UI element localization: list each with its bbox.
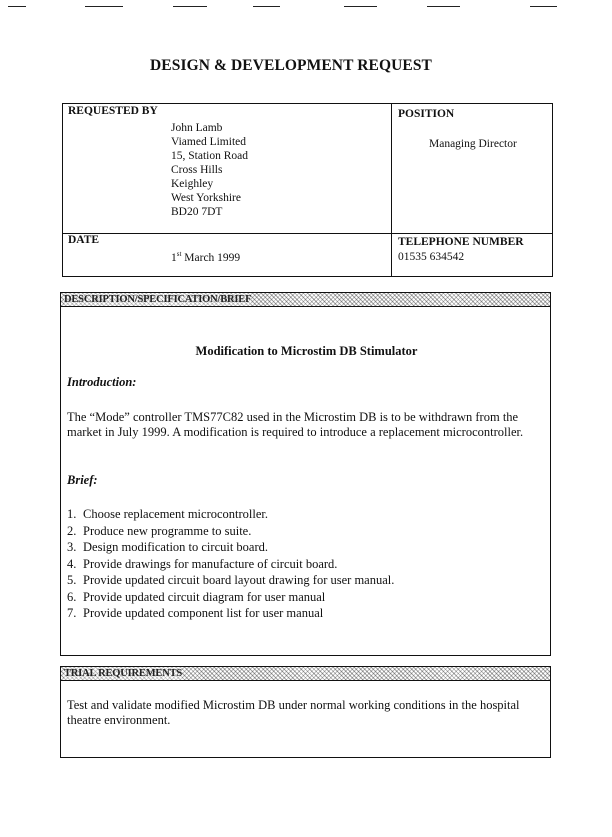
description-section: DESCRIPTION/SPECIFICATION/BRIEF Modifica…: [60, 292, 551, 656]
requester-name: John Lamb: [171, 121, 248, 135]
position-label: POSITION: [398, 108, 454, 120]
introduction-heading: Introduction:: [67, 375, 136, 390]
requester-address: John Lamb Viamed Limited 15, Station Roa…: [171, 121, 248, 219]
date-month-year: March 1999: [181, 252, 240, 264]
address-locality: Cross Hills: [171, 163, 248, 177]
document-title: DESIGN & DEVELOPMENT REQUEST: [0, 57, 582, 75]
introduction-text: The “Mode” controller TMS77C82 used in t…: [67, 410, 547, 440]
list-item: 5.Provide updated circuit board layout d…: [67, 572, 394, 589]
list-item: 4.Provide drawings for manufacture of ci…: [67, 556, 394, 573]
brief-heading: Brief:: [67, 473, 98, 488]
telephone-label: TELEPHONE NUMBER: [398, 236, 524, 248]
address-county: West Yorkshire: [171, 191, 248, 205]
brief-list: 1.Choose replacement microcontroller. 2.…: [67, 506, 394, 622]
address-postcode: BD20 7DT: [171, 205, 248, 219]
telephone-value: 01535 634542: [398, 250, 464, 264]
address-street: 15, Station Road: [171, 149, 248, 163]
trial-text: Test and validate modified Microstim DB …: [67, 698, 547, 728]
column-divider: [391, 104, 392, 276]
list-item: 7.Provide updated component list for use…: [67, 605, 394, 622]
date-label: DATE: [68, 234, 99, 246]
position-value: Managing Director: [429, 137, 517, 151]
address-town: Keighley: [171, 177, 248, 191]
request-subtitle: Modification to Microstim DB Stimulator: [61, 344, 552, 359]
list-item: 3.Design modification to circuit board.: [67, 539, 394, 556]
trial-header-bar: TRIAL REQUIREMENTS: [61, 667, 550, 681]
trial-header: TRIAL REQUIREMENTS: [64, 667, 182, 680]
requester-company: Viamed Limited: [171, 135, 248, 149]
row-divider: [63, 233, 552, 234]
list-item: 6.Provide updated circuit diagram for us…: [67, 589, 394, 606]
date-value: 1st March 1999: [171, 247, 240, 265]
scan-artifact-marks: [0, 6, 612, 10]
description-header-bar: DESCRIPTION/SPECIFICATION/BRIEF: [61, 293, 550, 307]
description-header: DESCRIPTION/SPECIFICATION/BRIEF: [64, 293, 251, 306]
requested-by-label: REQUESTED BY: [68, 105, 158, 117]
list-item: 2.Produce new programme to suite.: [67, 523, 394, 540]
trial-requirements-section: TRIAL REQUIREMENTS Test and validate mod…: [60, 666, 551, 758]
list-item: 1.Choose replacement microcontroller.: [67, 506, 394, 523]
request-details-table: REQUESTED BY John Lamb Viamed Limited 15…: [62, 103, 553, 277]
